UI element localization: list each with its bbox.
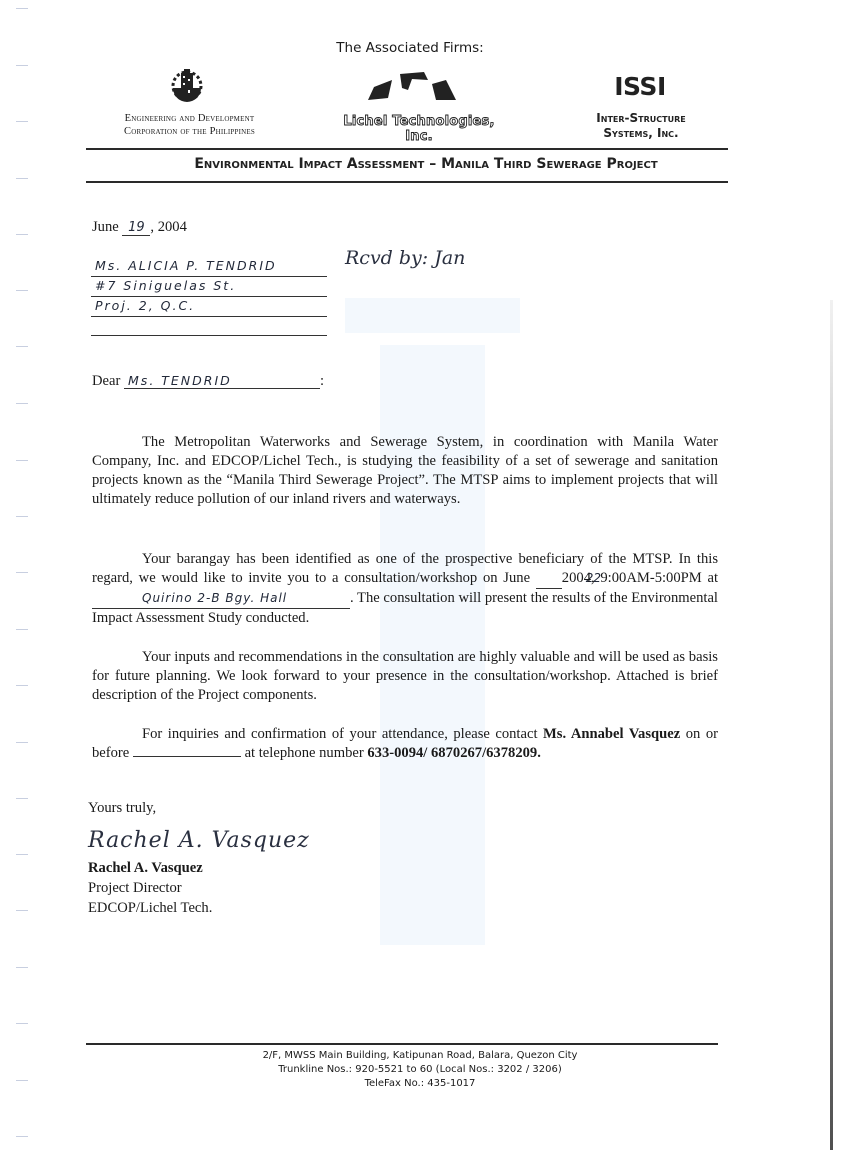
punch-mark <box>16 910 28 911</box>
associated-firms-label: The Associated Firms: <box>0 40 820 56</box>
contact-phones: 633-0094/ 6870267/6378209. <box>367 745 541 761</box>
text-span: at <box>702 570 718 586</box>
signer-title: Project Director <box>88 878 212 898</box>
punch-mark <box>16 572 28 573</box>
letter-date: June 19, 2004 <box>92 219 187 236</box>
workshop-time: 9:00AM-5:00PM <box>600 570 701 586</box>
punch-mark <box>16 1136 28 1137</box>
punch-mark <box>16 234 28 235</box>
text-span: For inquiries and confirmation of your a… <box>142 726 543 742</box>
paragraph-3: Your inputs and recommendations in the c… <box>92 648 718 705</box>
firm-name-line: Engineering and Development <box>92 112 287 125</box>
footer-line: TeleFax No.: 435-1017 <box>80 1077 760 1091</box>
punch-mark <box>16 854 28 855</box>
punch-mark <box>16 629 28 630</box>
salutation-suffix: : <box>320 373 324 389</box>
scanner-edge <box>830 300 833 1150</box>
text-span: at telephone number <box>241 745 367 761</box>
punch-mark <box>16 516 28 517</box>
punch-mark <box>16 403 28 404</box>
signer-block: Rachel A. Vasquez Project Director EDCOP… <box>88 858 212 918</box>
date-prefix: June <box>92 219 122 235</box>
workshop-day-field: 22 <box>536 569 562 589</box>
salutation: Dear Ms. TENDRID: <box>92 373 324 390</box>
address-line <box>91 317 327 336</box>
paragraph-2: Your barangay has been identified as one… <box>92 550 718 628</box>
venue-field: Quirino 2-B Bgy. Hall <box>92 589 350 609</box>
firm-name-line: Corporation of the Philippines <box>92 125 287 138</box>
address-line: Ms. ALICIA P. TENDRID <box>91 258 327 277</box>
footer-line: 2/F, MWSS Main Building, Katipunan Road,… <box>80 1049 760 1063</box>
footer-address: 2/F, MWSS Main Building, Katipunan Road,… <box>80 1049 760 1091</box>
divider <box>86 148 728 150</box>
watermark <box>345 298 520 333</box>
salutation-name-field: Ms. TENDRID <box>124 373 320 389</box>
project-title: Environmental Impact Assessment – Manila… <box>86 156 766 172</box>
arc-segments-icon <box>366 70 458 106</box>
divider <box>86 181 728 183</box>
punch-mark <box>16 798 28 799</box>
divider <box>86 1043 718 1045</box>
firm-name-line: Inter-Structure <box>576 111 706 126</box>
date-suffix: , 2004 <box>150 219 186 235</box>
punch-mark <box>16 967 28 968</box>
contact-name: Ms. Annabel Vasquez <box>543 726 680 742</box>
footer-line: Trunkline Nos.: 920-5521 to 60 (Local No… <box>80 1063 760 1077</box>
received-annotation: Rcvd by: Jan <box>345 247 465 269</box>
date-day-field: 19 <box>122 220 150 236</box>
issi-name: Inter-Structure Systems, Inc. <box>576 111 706 141</box>
signer-org: EDCOP/Lichel Tech. <box>88 898 212 918</box>
lichel-name: Lichel Technologies, Inc. <box>334 114 504 144</box>
punch-mark <box>16 460 28 461</box>
signer-name: Rachel A. Vasquez <box>88 858 212 878</box>
paragraph-4: For inquiries and confirmation of your a… <box>92 725 718 763</box>
punch-mark <box>16 178 28 179</box>
address-line: Proj. 2, Q.C. <box>91 298 327 317</box>
punch-mark <box>16 290 28 291</box>
punch-mark <box>16 742 28 743</box>
issi-logo: ISSI <box>600 72 680 101</box>
closing: Yours truly, <box>88 800 156 817</box>
edcop-name: Engineering and Development Corporation … <box>92 112 287 138</box>
punch-mark <box>16 346 28 347</box>
firm-name-line: Systems, Inc. <box>576 126 706 141</box>
punch-mark <box>16 8 28 9</box>
punch-mark <box>16 1080 28 1081</box>
text-span: 2004, <box>562 570 601 586</box>
punch-mark <box>16 121 28 122</box>
address-line: #7 Siniguelas St. <box>91 278 327 297</box>
deadline-blank <box>133 756 241 757</box>
punch-mark <box>16 685 28 686</box>
gear-building-icon <box>165 64 209 108</box>
signature: Rachel A. Vasquez <box>88 828 310 853</box>
punch-mark <box>16 65 28 66</box>
punch-mark <box>16 1023 28 1024</box>
paragraph-1: The Metropolitan Waterworks and Sewerage… <box>92 433 718 509</box>
salutation-prefix: Dear <box>92 373 120 389</box>
